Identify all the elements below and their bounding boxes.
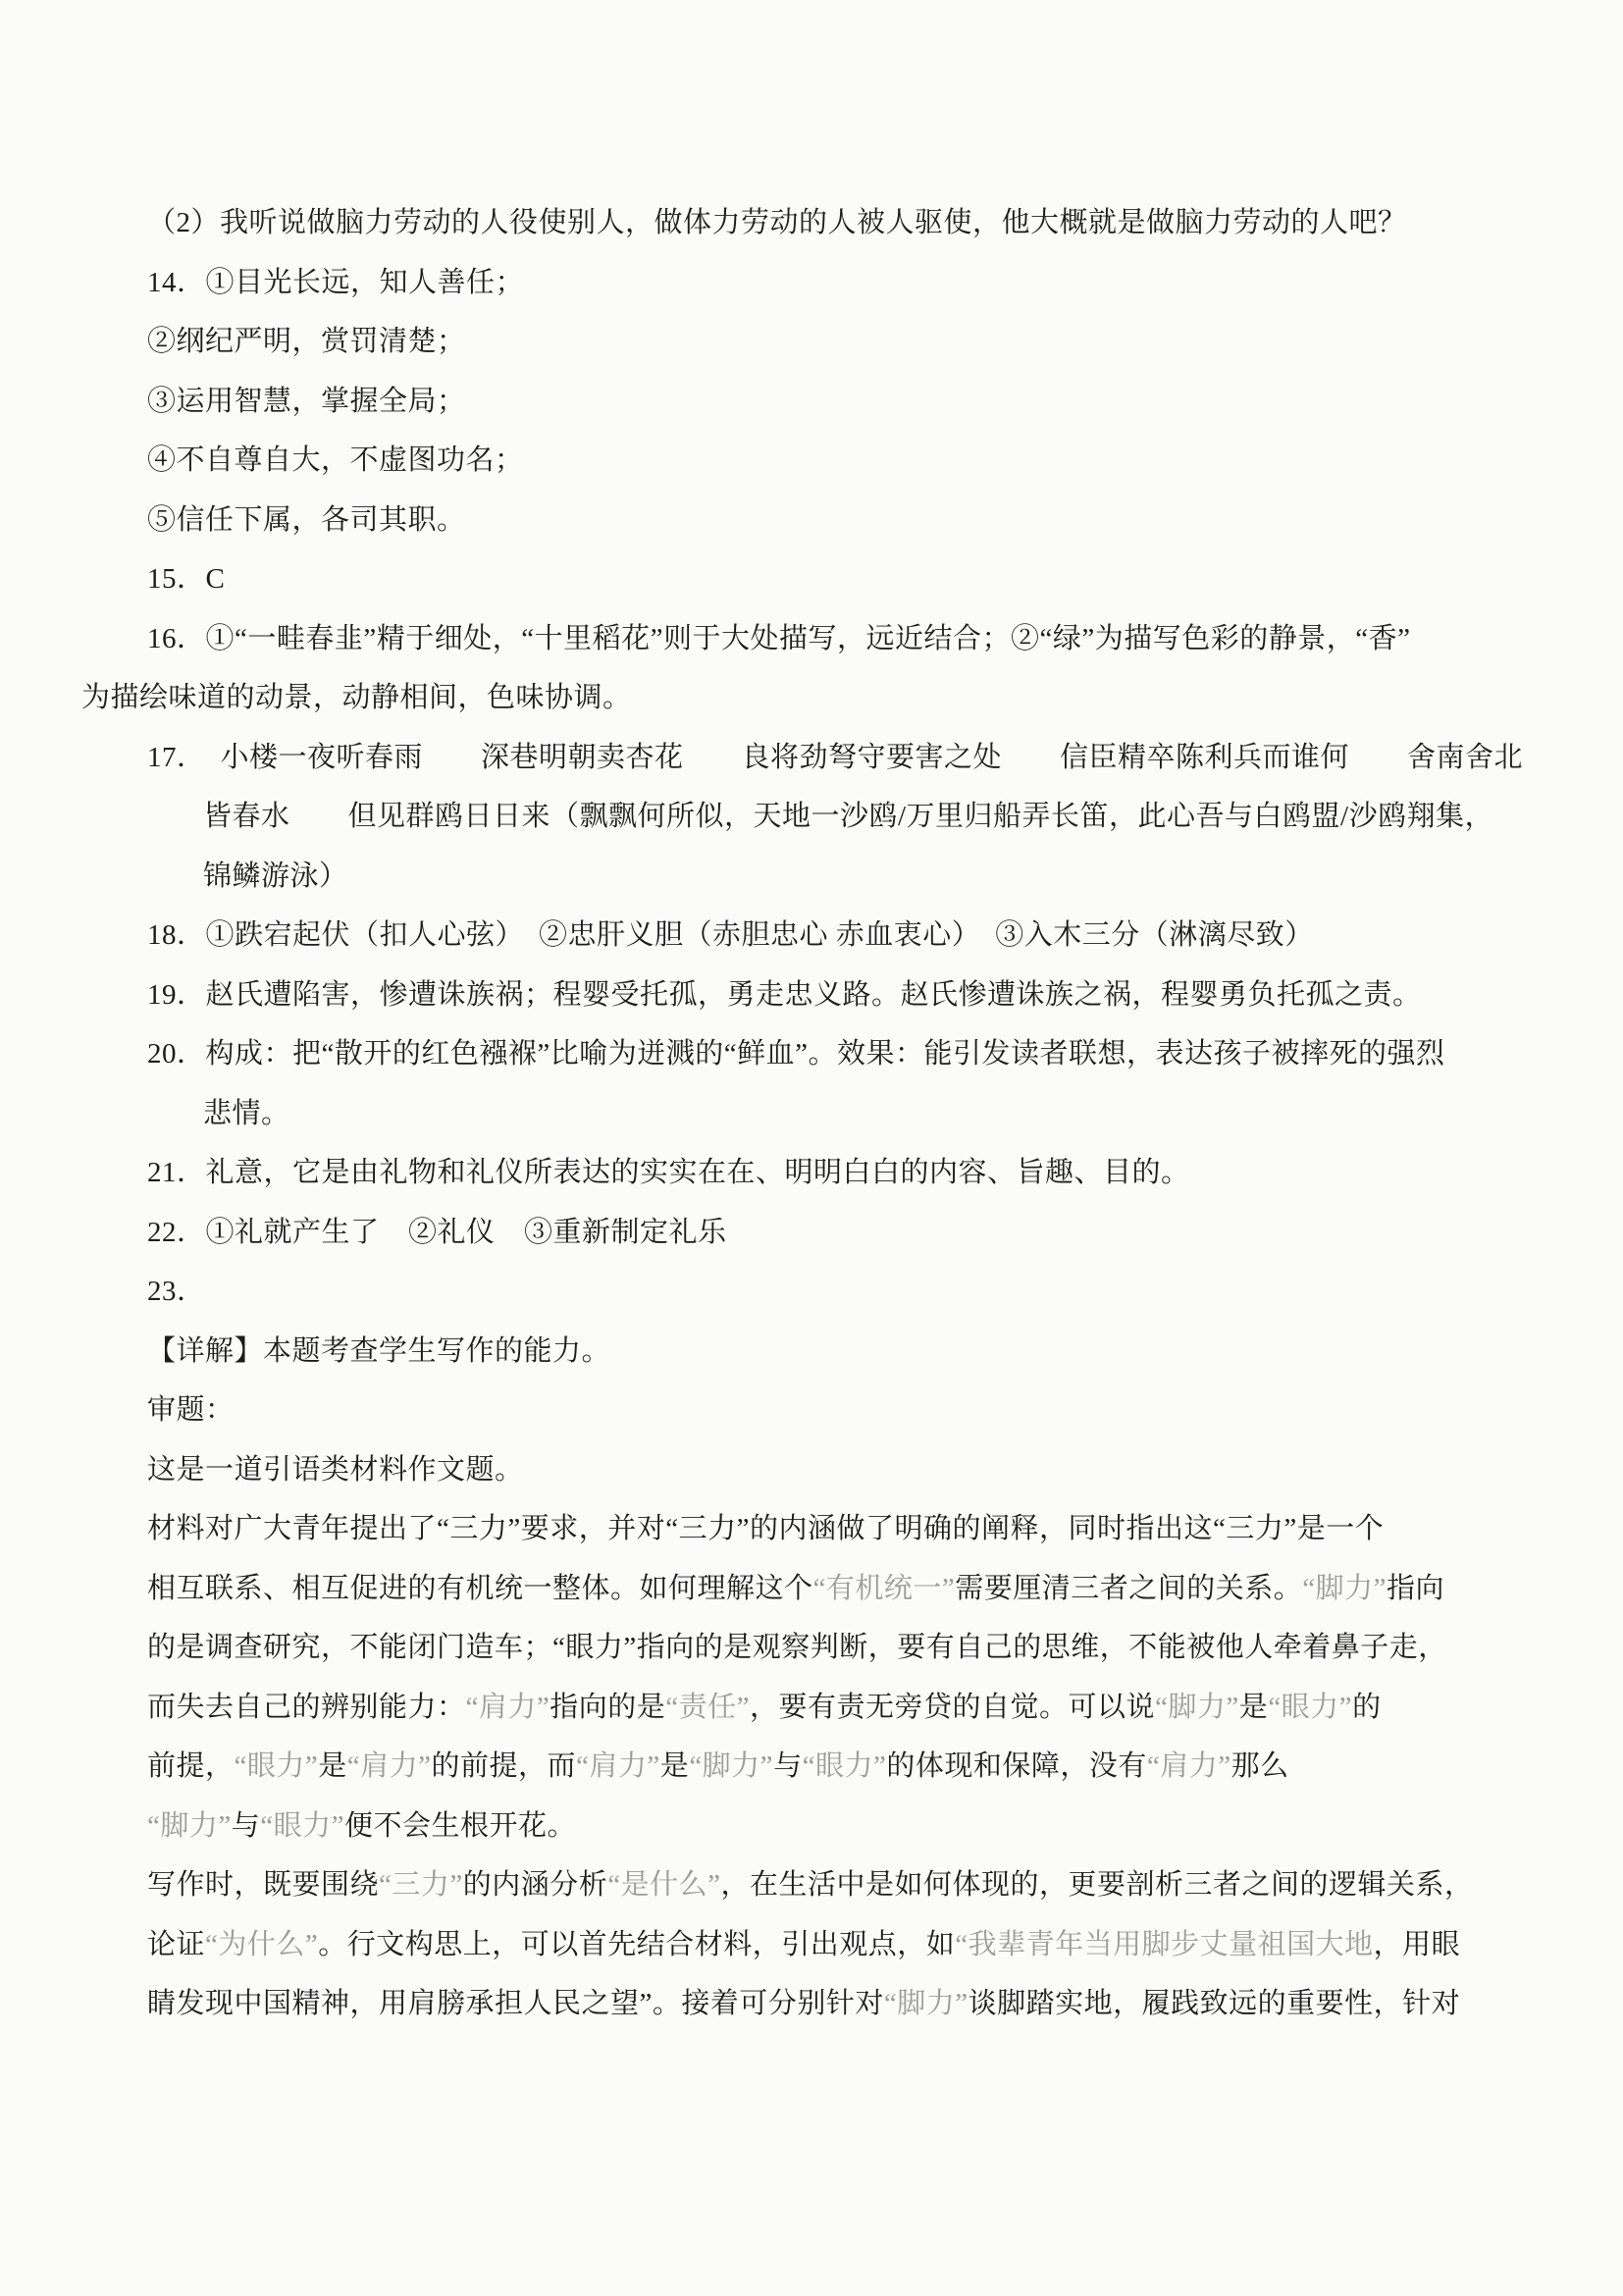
answer-21: 21．礼意，它是由礼物和礼仪所表达的实实在在、明明白白的内容、旨趣、目的。 — [81, 1143, 1584, 1203]
text-run: 前提， — [147, 1750, 235, 1782]
text-run: “脚力” — [689, 1750, 773, 1782]
text-run: 17． 小楼一夜听春雨 深巷明朝卖杏花 良将劲弩守要害之处 信臣精卒陈利兵而谁何… — [147, 742, 1523, 773]
text-run: 论证 — [147, 1929, 205, 1960]
answer-17-line-1: 17． 小楼一夜听春雨 深巷明朝卖杏花 良将劲弩守要害之处 信臣精卒陈利兵而谁何… — [81, 728, 1584, 788]
answer-13-2-line: （2）我听说做脑力劳动的人役使别人，做体力劳动的人被人驱使，他大概就是做脑力劳动… — [81, 193, 1584, 253]
text-run: 那么 — [1231, 1750, 1289, 1782]
detail-para-line-9: 睛发现中国精神，用肩膀承担人民之望”。接着可分别针对“脚力”谈脚踏实地，履践致远… — [81, 1974, 1584, 2034]
answer-20-line-2: 悲情。 — [81, 1084, 1584, 1144]
text-run: 的内涵分析 — [463, 1869, 608, 1901]
text-run: 睛发现中国精神，用肩膀承担人民之望”。接着可分别针对 — [147, 1988, 884, 2019]
text-run: 指向的是 — [550, 1692, 665, 1723]
text-run: “脚力” — [1302, 1573, 1387, 1604]
answer-16-line-1: 16．①“一畦春韭”精于细处，“十里稻花”则于大处描写，远近结合；②“绿”为描写… — [81, 609, 1584, 669]
text-run: 为描绘味道的动景，动静相间，色味协调。 — [81, 682, 632, 713]
detail-para-line-8: 论证“为什么”。行文构思上，可以首先结合材料，引出观点，如“我辈青年当用脚步丈量… — [81, 1915, 1584, 1975]
answer-14-item-4: ④不自尊自大，不虚图功名； — [81, 431, 1584, 491]
text-run: 这是一道引语类材料作文题。 — [147, 1454, 524, 1486]
detail-para-line-7: 写作时，既要围绕“三力”的内涵分析“是什么”，在生活中是如何体现的，更要剖析三者… — [81, 1855, 1584, 1915]
detail-para-line-4: 而失去自己的辨别能力：“肩力”指向的是“责任”，要有责无旁贷的自觉。可以说“脚力… — [81, 1678, 1584, 1738]
text-run: “眼力” — [235, 1750, 319, 1782]
answer-20-line-1: 20．构成：把“散开的红色襁褓”比喻为迸溅的“鲜血”。效果：能引发读者联想，表达… — [81, 1024, 1584, 1084]
text-run: “有机统一” — [813, 1573, 956, 1604]
answer-16-line-2: 为描绘味道的动景，动静相间，色味协调。 — [81, 668, 1584, 728]
answer-17-line-3: 锦鳞游泳） — [81, 847, 1584, 907]
text-run: 与 — [232, 1810, 261, 1842]
text-run: 的体现和保障，没有 — [886, 1750, 1147, 1782]
text-run: 悲情。 — [203, 1098, 290, 1129]
document-page: （2）我听说做脑力劳动的人役使别人，做体力劳动的人被人驱使，他大概就是做脑力劳动… — [0, 0, 1623, 2296]
text-run: “肩力” — [347, 1750, 432, 1782]
text-run: “眼力” — [803, 1750, 887, 1782]
text-run: 材料对广大青年提出了“三力”要求，并对“三力”的内涵做了明确的阐释，同时指出这“… — [147, 1513, 1384, 1544]
text-run: 15．C — [147, 563, 225, 595]
text-run: “是什么” — [607, 1869, 720, 1901]
text-run: ⑤信任下属，各司其职。 — [147, 504, 466, 536]
text-run: 是 — [318, 1750, 347, 1782]
answer-14-item-1: 14．①目光长远，知人善任； — [81, 253, 1584, 313]
text-run: “为什么” — [205, 1929, 318, 1960]
text-run: “三力” — [379, 1869, 463, 1901]
text-run: “脚力” — [1155, 1692, 1239, 1723]
text-run: “眼力” — [260, 1810, 344, 1842]
text-run: 指向 — [1387, 1573, 1444, 1604]
text-run: 【详解】本题考查学生写作的能力。 — [147, 1335, 610, 1367]
text-run: 的是调查研究，不能闭门造车；“眼力”指向的是观察判断，要有自己的思维，不能被他人… — [147, 1632, 1447, 1663]
text-run: 是 — [660, 1750, 690, 1782]
text-run: “责任” — [665, 1692, 750, 1723]
text-run: 22．①礼就产生了 ②礼仪 ③重新制定礼乐 — [147, 1217, 727, 1248]
detail-para-line-5: 前提，“眼力”是“肩力”的前提，而“肩力”是“脚力”与“眼力”的体现和保障，没有… — [81, 1737, 1584, 1797]
detail-para-line-2: 相互联系、相互促进的有机统一整体。如何理解这个“有机统一”需要厘清三者之间的关系… — [81, 1559, 1584, 1619]
text-run: 18．①跌宕起伏（扣人心弦） ②忠肝义胆（赤胆忠心 赤血衷心） ③入木三分（淋漓… — [147, 919, 1314, 951]
text-run: （2）我听说做脑力劳动的人役使别人，做体力劳动的人被人驱使，他大概就是做脑力劳动… — [147, 207, 1407, 238]
text-run: “肩力” — [466, 1692, 550, 1723]
text-run: 谈脚踏实地，履践致远的重要性，针对 — [969, 1988, 1461, 2019]
text-run: 。行文构思上，可以首先结合材料，引出观点，如 — [318, 1929, 955, 1960]
answer-17-line-2: 皆春水 但见群鸥日日来（飘飘何所似，天地一沙鸥/万里归船弄长笛，此心吾与白鸥盟/… — [81, 787, 1584, 847]
text-run: ③运用智慧，掌握全局； — [147, 386, 466, 417]
text-run: 审题： — [147, 1394, 235, 1426]
text-run: 14．①目光长远，知人善任； — [147, 267, 524, 298]
text-run: ，用眼 — [1374, 1929, 1461, 1960]
text-run: ，在生活中是如何体现的，更要剖析三者之间的逻辑关系， — [721, 1869, 1474, 1901]
text-run: “肩力” — [576, 1750, 660, 1782]
detail-shenti-label: 审题： — [81, 1381, 1584, 1440]
text-run: 相互联系、相互促进的有机统一整体。如何理解这个 — [147, 1573, 813, 1604]
text-run: 23． — [147, 1276, 206, 1307]
text-run: “脚力” — [884, 1988, 969, 2019]
detail-heading-line: 【详解】本题考查学生写作的能力。 — [81, 1322, 1584, 1382]
text-run: ②纲纪严明，赏罚清楚； — [147, 326, 466, 357]
answer-14-item-2: ②纲纪严明，赏罚清楚； — [81, 312, 1584, 372]
answer-14-item-3: ③运用智慧，掌握全局； — [81, 372, 1584, 432]
text-run: 皆春水 但见群鸥日日来（飘飘何所似，天地一沙鸥/万里归船弄长笛，此心吾与白鸥盟/… — [203, 801, 1493, 832]
detail-para-line-3: 的是调查研究，不能闭门造车；“眼力”指向的是观察判断，要有自己的思维，不能被他人… — [81, 1618, 1584, 1678]
text-run: “脚力” — [147, 1810, 232, 1842]
text-run: 与 — [773, 1750, 803, 1782]
text-run: 是 — [1239, 1692, 1269, 1723]
text-run: 20．构成：把“散开的红色襁褓”比喻为迸溅的“鲜血”。效果：能引发读者联想，表达… — [147, 1038, 1445, 1070]
answer-19: 19．赵氏遭陷害，惨遭诛族祸；程婴受托孤，勇走忠义路。赵氏惨遭诛族之祸，程婴勇负… — [81, 965, 1584, 1025]
detail-para-line-1: 材料对广大青年提出了“三力”要求，并对“三力”的内涵做了明确的阐释，同时指出这“… — [81, 1499, 1584, 1559]
text-run: 21．礼意，它是由礼物和礼仪所表达的实实在在、明明白白的内容、旨趣、目的。 — [147, 1157, 1190, 1188]
text-run: 的 — [1352, 1692, 1382, 1723]
text-run: 锦鳞游泳） — [203, 861, 348, 892]
detail-para-line-6: “脚力”与“眼力”便不会生根开花。 — [81, 1797, 1584, 1856]
text-run: 而失去自己的辨别能力： — [147, 1692, 466, 1723]
text-run: ，要有责无旁贷的自觉。可以说 — [750, 1692, 1155, 1723]
answer-18: 18．①跌宕起伏（扣人心弦） ②忠肝义胆（赤胆忠心 赤血衷心） ③入木三分（淋漓… — [81, 906, 1584, 965]
text-run: 便不会生根开花。 — [344, 1810, 576, 1842]
answer-23-number: 23． — [81, 1262, 1584, 1322]
text-run: ④不自尊自大，不虚图功名； — [147, 444, 524, 476]
answer-14-item-5: ⑤信任下属，各司其职。 — [81, 491, 1584, 550]
detail-intro-line: 这是一道引语类材料作文题。 — [81, 1440, 1584, 1500]
text-run: 16．①“一畦春韭”精于细处，“十里稻花”则于大处描写，远近结合；②“绿”为描写… — [147, 623, 1410, 654]
answer-22: 22．①礼就产生了 ②礼仪 ③重新制定礼乐 — [81, 1203, 1584, 1263]
text-run: “肩力” — [1147, 1750, 1231, 1782]
answer-15: 15．C — [81, 549, 1584, 609]
text-run: 19．赵氏遭陷害，惨遭诛族祸；程婴受托孤，勇走忠义路。赵氏惨遭诛族之祸，程婴勇负… — [147, 979, 1422, 1011]
text-run: 的前提，而 — [432, 1750, 577, 1782]
answer-key-text-block: （2）我听说做脑力劳动的人役使别人，做体力劳动的人被人驱使，他大概就是做脑力劳动… — [81, 193, 1584, 2034]
text-run: “眼力” — [1268, 1692, 1352, 1723]
text-run: “我辈青年当用脚步丈量祖国大地 — [955, 1929, 1373, 1960]
text-run: 写作时，既要围绕 — [147, 1869, 379, 1901]
text-run: 需要厘清三者之间的关系。 — [955, 1573, 1302, 1604]
